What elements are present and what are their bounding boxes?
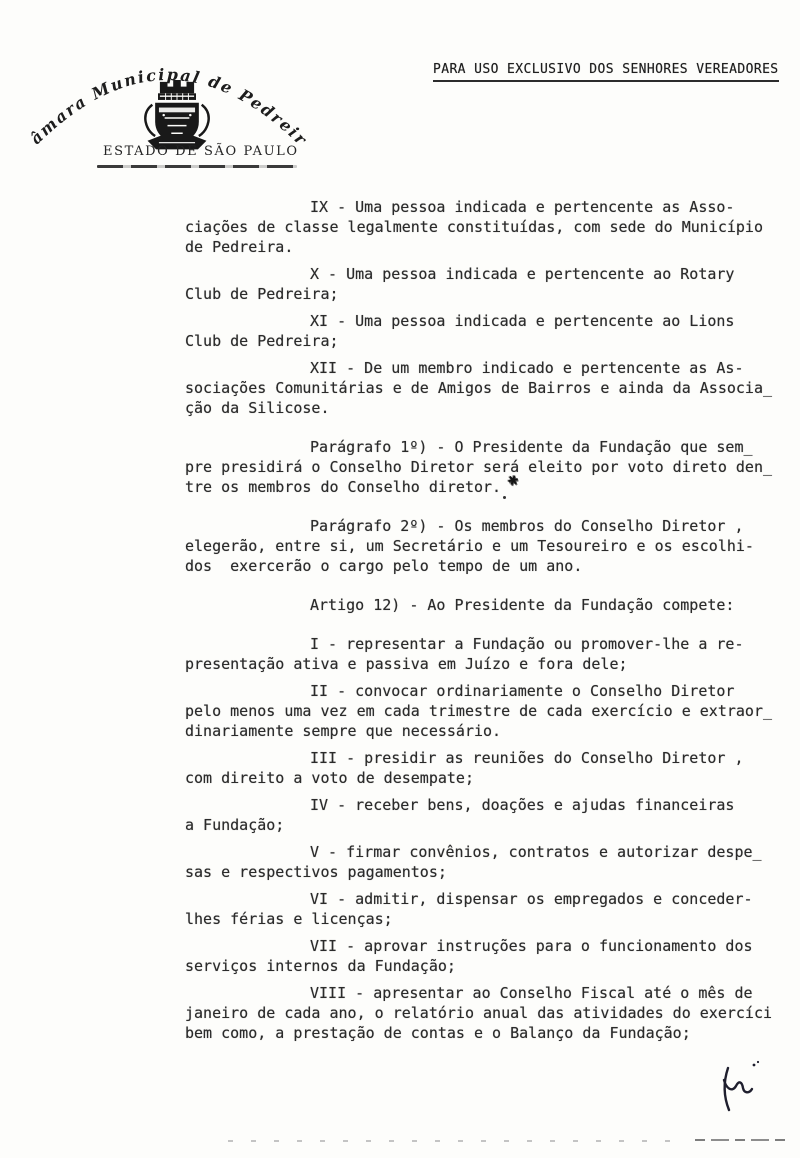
text-line: III - presidir as reuniões do Conselho D…: [185, 748, 790, 768]
text-line: Artigo 12) - Ao Presidente da Fundação c…: [185, 595, 790, 615]
text-line: Parágrafo 1º) - O Presidente da Fundação…: [185, 437, 790, 457]
ink-speck: [503, 496, 506, 499]
paragraph: VI - admitir, dispensar os empregados e …: [185, 889, 790, 929]
text-line: dos exercerão o cargo pelo tempo de um a…: [185, 556, 790, 576]
text-line: a Fundação;: [185, 815, 790, 835]
text-line: IV - receber bens, doações e ajudas fina…: [185, 795, 790, 815]
paragraph: X - Uma pessoa indicada e pertencente ao…: [185, 264, 790, 304]
text-line: presentação ativa e passiva em Juízo e f…: [185, 654, 790, 674]
text-line: ção da Silicose.: [185, 398, 790, 418]
paragraph: IV - receber bens, doações e ajudas fina…: [185, 795, 790, 835]
paragraph: I - representar a Fundação ou promover-l…: [185, 634, 790, 674]
document-body: IX - Uma pessoa indicada e pertencente a…: [185, 197, 790, 1043]
text-line: IX - Uma pessoa indicada e pertencente a…: [185, 197, 790, 217]
text-line: VII - aprovar instruções para o funciona…: [185, 936, 790, 956]
text-line: VIII - apresentar ao Conselho Fiscal até…: [185, 983, 790, 1003]
paragraph: IX - Uma pessoa indicada e pertencente a…: [185, 197, 790, 257]
paragraph: III - presidir as reuniões do Conselho D…: [185, 748, 790, 788]
text-line: elegerão, entre si, um Secretário e um T…: [185, 536, 790, 556]
text-line: X - Uma pessoa indicada e pertencente ao…: [185, 264, 790, 284]
text-line: Club de Pedreira;: [185, 331, 790, 351]
text-line: pre presidirá o Conselho Diretor será el…: [185, 457, 790, 477]
text-line: I - representar a Fundação ou promover-l…: [185, 634, 790, 654]
text-line: tre os membros do Conselho diretor.: [185, 477, 790, 497]
paragraph: II - convocar ordinariamente o Conselho …: [185, 681, 790, 741]
paragraph: XII - De um membro indicado e pertencent…: [185, 358, 790, 418]
text-line: de Pedreira.: [185, 237, 790, 257]
paragraph: VIII - apresentar ao Conselho Fiscal até…: [185, 983, 790, 1043]
text-line: sociações Comunitárias e de Amigos de Ba…: [185, 378, 790, 398]
signature-initials-icon: [698, 1048, 770, 1116]
text-line: com direito a voto de desempate;: [185, 768, 790, 788]
paragraph: XI - Uma pessoa indicada e pertencente a…: [185, 311, 790, 351]
paragraph: Parágrafo 1º) - O Presidente da Fundação…: [185, 437, 790, 497]
text-line: Club de Pedreira;: [185, 284, 790, 304]
scanned-document-page: Câmara Municipal de Pedreira ESTADO DE S…: [0, 0, 800, 1158]
text-line: sas e respectivos pagamentos;: [185, 862, 790, 882]
text-line: serviços internos da Fundação;: [185, 956, 790, 976]
paragraph: Parágrafo 2º) - Os membros do Conselho D…: [185, 516, 790, 576]
letterhead-underline: [97, 165, 297, 168]
text-line: Parágrafo 2º) - Os membros do Conselho D…: [185, 516, 790, 536]
bottom-dotted-rule: [228, 1140, 683, 1142]
text-line: XII - De um membro indicado e pertencent…: [185, 358, 790, 378]
text-line: pelo menos uma vez em cada trimestre de …: [185, 701, 790, 721]
text-line: XI - Uma pessoa indicada e pertencente a…: [185, 311, 790, 331]
paragraph-list: IX - Uma pessoa indicada e pertencente a…: [185, 197, 790, 1043]
bottom-dotted-rule-dark-segment: [695, 1139, 787, 1141]
text-line: lhes férias e licenças;: [185, 909, 790, 929]
text-line: dinariamente sempre que necessário.: [185, 721, 790, 741]
paragraph: VII - aprovar instruções para o funciona…: [185, 936, 790, 976]
text-line: II - convocar ordinariamente o Conselho …: [185, 681, 790, 701]
text-line: ciações de classe legalmente constituída…: [185, 217, 790, 237]
text-line: V - firmar convênios, contratos e autori…: [185, 842, 790, 862]
paragraph: Artigo 12) - Ao Presidente da Fundação c…: [185, 595, 790, 615]
text-line: bem como, a prestação de contas e o Bala…: [185, 1023, 790, 1043]
text-line: janeiro de cada ano, o relatório anual d…: [185, 1003, 790, 1023]
paragraph: V - firmar convênios, contratos e autori…: [185, 842, 790, 882]
letterhead-subtitle: ESTADO DE SÃO PAULO: [103, 144, 303, 159]
classification-banner: PARA USO EXCLUSIVO DOS SENHORES VEREADOR…: [433, 62, 779, 82]
text-line: VI - admitir, dispensar os empregados e …: [185, 889, 790, 909]
